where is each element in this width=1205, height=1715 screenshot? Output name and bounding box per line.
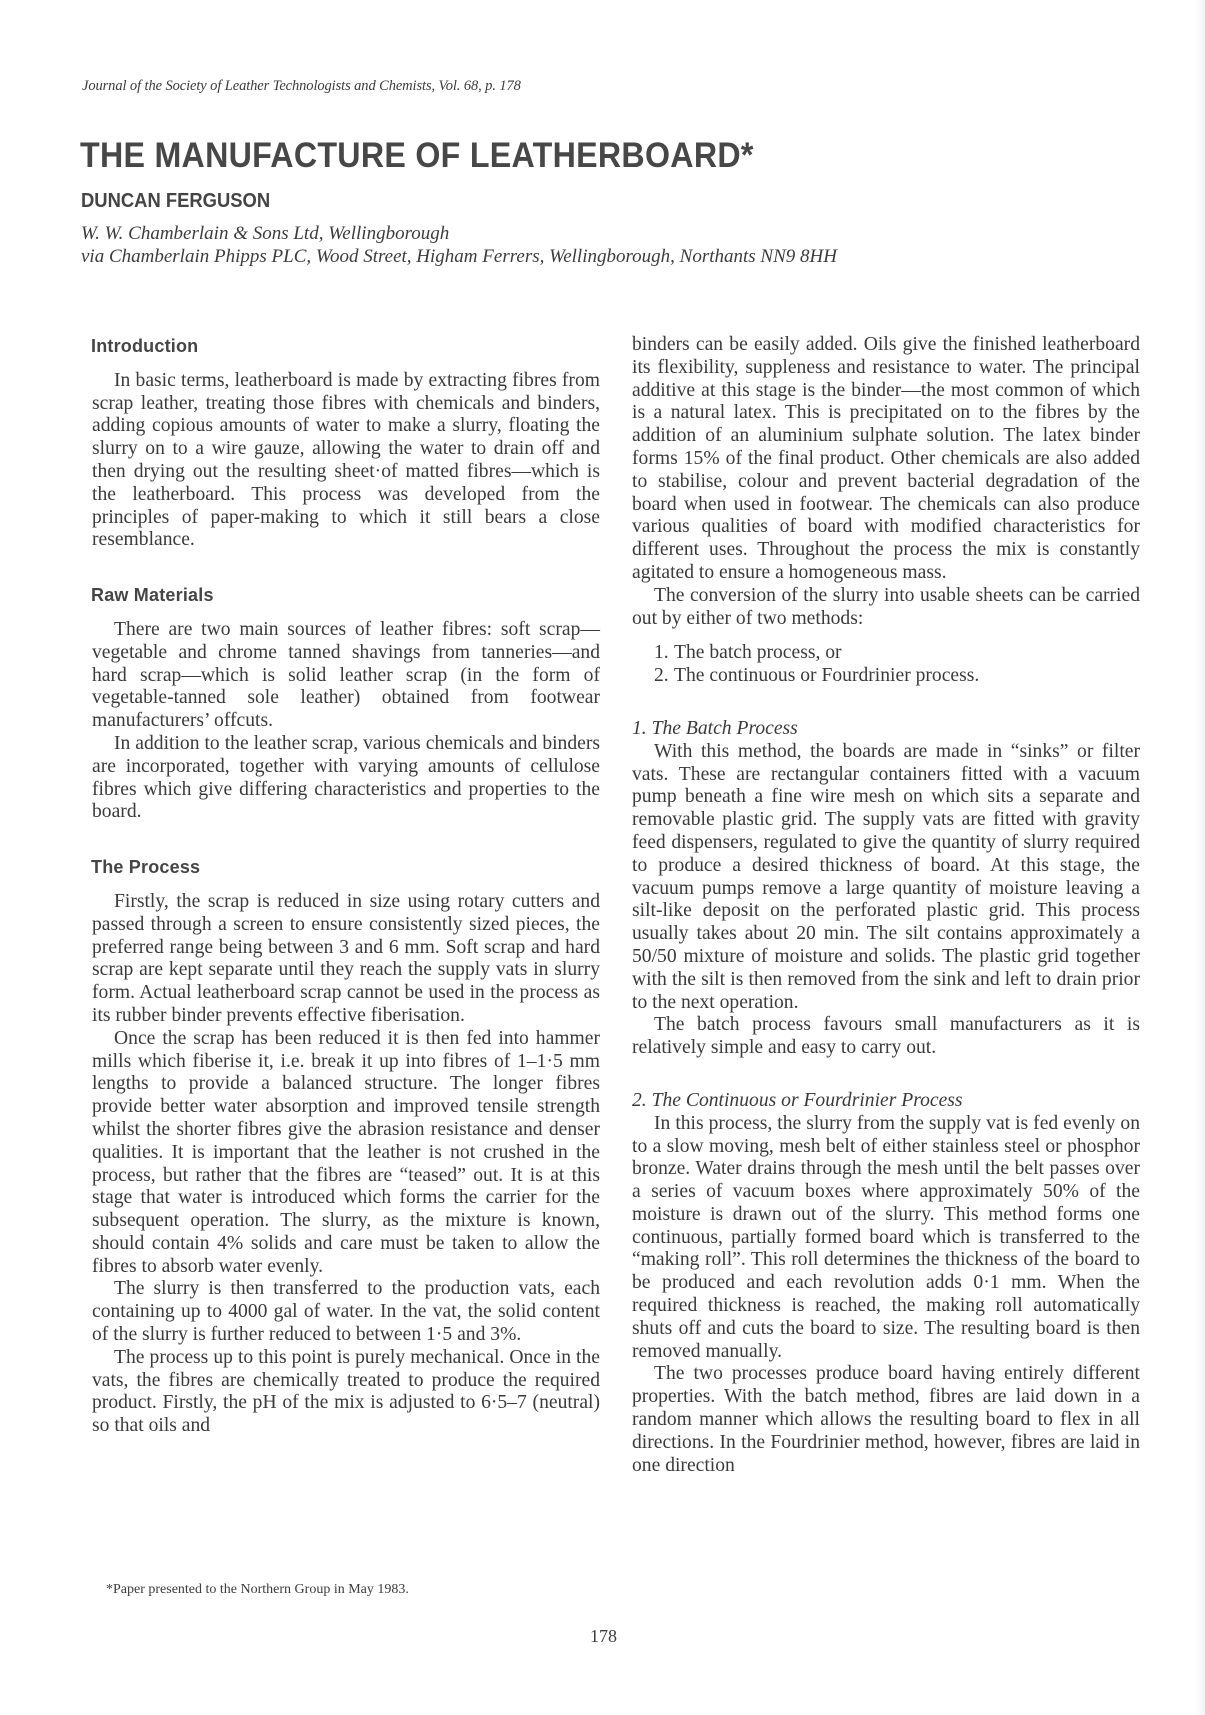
journal-citation: Journal of the Society of Leather Techno…	[82, 78, 521, 95]
affiliation-line-1: W. W. Chamberlain & Sons Ltd, Wellingbor…	[81, 222, 837, 245]
list-number: 1.	[654, 642, 674, 665]
paragraph: The conversion of the slurry into usable…	[632, 585, 1140, 631]
section-the-process: The Process Firstly, the scrap is reduce…	[92, 856, 600, 1438]
paragraph: Once the scrap has been reduced it is th…	[92, 1028, 600, 1279]
section-heading: The Process	[91, 856, 600, 879]
page-edge-shadow	[1195, 0, 1205, 1715]
paragraph: The batch process favours small manufact…	[632, 1014, 1140, 1060]
paragraph: The process up to this point is purely m…	[92, 1347, 600, 1438]
author-name: DUNCAN FERGUSON	[81, 190, 270, 213]
affiliation-line-2: via Chamberlain Phipps PLC, Wood Street,…	[81, 245, 837, 268]
paragraph-continuation: binders can be easily added. Oils give t…	[632, 334, 1140, 585]
list-item: 1. The batch process, or	[654, 642, 1140, 665]
subsection-continuous-process: 2. The Continuous or Fourdrinier Process…	[632, 1090, 1140, 1478]
paragraph: In basic terms, leatherboard is made by …	[92, 370, 600, 552]
subsection-heading: 1. The Batch Process	[632, 718, 1140, 741]
section-introduction: Introduction In basic terms, leatherboar…	[92, 335, 600, 552]
paragraph: In this process, the slurry from the sup…	[632, 1113, 1140, 1364]
paragraph: With this method, the boards are made in…	[632, 741, 1140, 1015]
paragraph: The slurry is then transferred to the pr…	[92, 1278, 600, 1346]
page-number: 178	[590, 1626, 617, 1647]
paragraph: In addition to the leather scrap, variou…	[92, 733, 600, 824]
paragraph: The two processes produce board having e…	[632, 1363, 1140, 1477]
article-title: THE MANUFACTURE OF LEATHERBOARD*	[80, 136, 754, 176]
section-heading: Raw Materials	[91, 584, 600, 607]
subsection-batch-process: 1. The Batch Process With this method, t…	[632, 718, 1140, 1060]
methods-list: 1. The batch process, or 2. The continuo…	[654, 642, 1140, 688]
section-raw-materials: Raw Materials There are two main sources…	[92, 584, 600, 824]
footnote: *Paper presented to the Northern Group i…	[106, 1582, 409, 1598]
list-number: 2.	[654, 665, 674, 688]
list-item: 2. The continuous or Fourdrinier process…	[654, 665, 1140, 688]
paragraph: Firstly, the scrap is reduced in size us…	[92, 891, 600, 1028]
section-heading: Introduction	[91, 335, 600, 358]
right-column: binders can be easily added. Oils give t…	[632, 334, 1140, 1477]
left-column: Introduction In basic terms, leatherboar…	[92, 335, 600, 1438]
author-affiliation: W. W. Chamberlain & Sons Ltd, Wellingbor…	[81, 222, 837, 268]
list-text: The batch process, or	[674, 642, 842, 665]
paragraph: There are two main sources of leather fi…	[92, 619, 600, 733]
subsection-heading: 2. The Continuous or Fourdrinier Process	[632, 1090, 1140, 1113]
list-text: The continuous or Fourdrinier process.	[674, 665, 979, 688]
